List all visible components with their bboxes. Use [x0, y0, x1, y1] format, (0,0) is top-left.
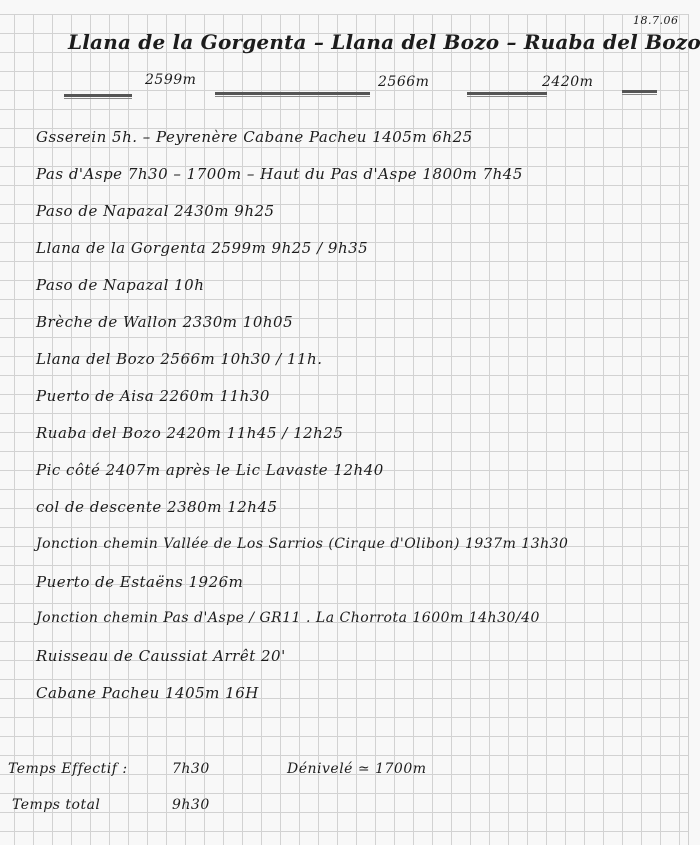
altitude-label: 2420m — [542, 74, 593, 90]
title-underline — [467, 92, 547, 95]
log-entry: Ruisseau de Caussiat Arrêt 20' — [36, 647, 286, 665]
log-entry: Puerto de Estaëns 1926m — [36, 573, 243, 591]
log-entry: Cabane Pacheu 1405m 16H — [36, 684, 259, 702]
elevation-gain: Dénivelé ≃ 1700m — [287, 761, 427, 777]
log-entry: Jonction chemin Vallée de Los Sarrios (C… — [36, 536, 568, 552]
log-entry: Gsserein 5h. – Peyrenère Cabane Pacheu 1… — [36, 128, 473, 146]
effective-time-value: 7h30 — [172, 761, 210, 777]
log-entry: Jonction chemin Pas d'Aspe / GR11 . La C… — [36, 610, 540, 626]
total-time-value: 9h30 — [172, 797, 210, 813]
log-entry: Puerto de Aisa 2260m 11h30 — [36, 387, 270, 405]
title-underline — [215, 92, 370, 95]
notebook-page: 18.7.06 Llana de la Gorgenta – Llana del… — [0, 0, 700, 845]
page-title: Llana de la Gorgenta – Llana del Bozo – … — [68, 30, 700, 54]
title-underline — [64, 94, 132, 97]
altitude-label: 2599m — [145, 72, 196, 88]
effective-time-label: Temps Effectif : — [8, 761, 128, 777]
log-entry: Pas d'Aspe 7h30 – 1700m – Haut du Pas d'… — [36, 165, 523, 183]
total-time-label: Temps total — [12, 797, 100, 813]
altitude-label: 2566m — [378, 74, 429, 90]
date: 18.7.06 — [633, 14, 679, 27]
log-entry: Llana de la Gorgenta 2599m 9h25 / 9h35 — [36, 239, 368, 257]
log-entry: Paso de Napazal 2430m 9h25 — [36, 202, 275, 220]
log-entry: col de descente 2380m 12h45 — [36, 498, 278, 516]
title-underline — [622, 90, 657, 93]
log-entry: Ruaba del Bozo 2420m 11h45 / 12h25 — [36, 424, 343, 442]
log-entry: Brèche de Wallon 2330m 10h05 — [36, 313, 293, 331]
log-entry: Paso de Napazal 10h — [36, 276, 204, 294]
log-entry: Llana del Bozo 2566m 10h30 / 11h. — [36, 350, 322, 368]
log-entry: Pic côté 2407m après le Lic Lavaste 12h4… — [36, 461, 384, 479]
